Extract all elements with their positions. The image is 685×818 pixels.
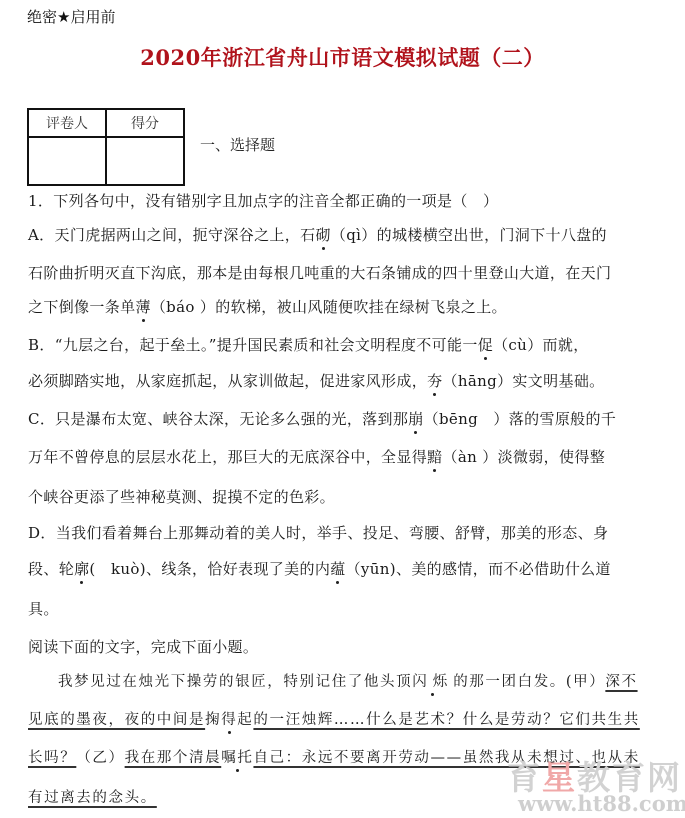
text: （yūn)、美的感情，而不必借助什么道 [346, 560, 611, 578]
confidential-label: 绝密★启用前 [27, 6, 115, 27]
score-header: 得分 [106, 109, 184, 137]
text: 我梦见过在烛光下操劳的银匠，特别记住了他头顶 [58, 674, 412, 690]
option-d-line-3: 具。 [28, 598, 59, 619]
option-a-line-3: 之下倒像一条单薄（báo ）的软梯，被山风随便吹挂在绿树飞泉之上。 [28, 296, 507, 317]
text: （hāng）实文明基础。 [442, 372, 604, 390]
dotted-char: 夯 [427, 372, 442, 390]
text: （cù）而就， [493, 336, 589, 354]
underlined-text: 长吗？ [28, 750, 76, 766]
text: （bēng ）落的雪原般的千 [424, 410, 617, 428]
reading-instruction: 阅读下面的文字，完成下面小题。 [28, 636, 258, 657]
text: 必须脚踏实地，从家庭抓起，从家训做起，促进家风形成， [28, 372, 427, 390]
text: A．天门虎据两山之间，扼守深谷之上，石 [28, 226, 315, 244]
underlined-text: 有过离去的念头。 [28, 790, 157, 806]
option-c-line-3: 个峡谷更添了些神秘莫测、捉摸不定的色彩。 [28, 486, 335, 507]
option-a-line-2: 石阶曲折明灭直下沟底，那本是由每根几吨重的大石条铺成的四十里登山大道，在天门 [28, 262, 611, 283]
option-a-line-1: A．天门虎据两山之间，扼守深谷之上，石砌（qì）的城楼横空出世，门洞下十八盘的 [28, 224, 607, 245]
dotted-text: 闪烁 [412, 674, 453, 690]
text: 万年不曾停息的层层水花上，那巨大的无底深谷中，全显得 [28, 448, 427, 466]
text: B．“九层之台，起于垒土。”提升国民素质和社会文明程度不可能一 [28, 336, 478, 354]
dotted-char: 促 [478, 336, 493, 354]
score-table: 评卷人 得分 [27, 108, 185, 186]
dotted-char: 薄 [135, 298, 150, 316]
watermark-url: www.ht88.com [518, 791, 685, 816]
underlined-text: 见底的墨夜，夜的中间是 [28, 712, 205, 728]
text: 之下倒像一条单 [28, 298, 135, 316]
page-title: 2020年浙江省舟山市语文模拟试题（二） [0, 42, 685, 72]
passage-line-4: 有过离去的念头。 [28, 786, 157, 807]
option-c-line-1: C．只是瀑布太宽、峡谷太深，无论多么强的光，落到那崩（bēng ）落的雪原般的千 [28, 408, 616, 429]
text: 段、轮 [28, 560, 74, 578]
dotted-char: 黯 [427, 448, 442, 466]
option-b-line-1: B．“九层之台，起于垒土。”提升国民素质和社会文明程度不可能一促（cù）而就， [28, 334, 589, 355]
text: ( kuò)、线条，恰好表现了美的内 [89, 560, 330, 578]
grader-header: 评卷人 [28, 109, 106, 137]
score-cell [106, 137, 184, 185]
text: （àn ）淡微弱，使得整 [442, 448, 605, 466]
option-d-line-2: 段、轮廓( kuò)、线条，恰好表现了美的内蕴（yūn)、美的感情，而不必借助什… [28, 558, 611, 579]
dotted-char: 廓 [74, 560, 89, 578]
text: 的那一团白发。(甲） [453, 674, 605, 690]
dotted-char: 崩 [408, 410, 423, 428]
section-heading: 一、选择题 [200, 134, 275, 155]
text: （qì）的城楼横空出世，门洞下十八盘的 [331, 226, 607, 244]
underlined-text: 我在那个清晨 [125, 750, 222, 766]
underlined-text: 深不 [605, 674, 637, 690]
option-b-line-2: 必须脚踏实地，从家庭抓起，从家训做起，促进家风形成，夯（hāng）实文明基础。 [28, 370, 605, 391]
grader-cell [28, 137, 106, 185]
dotted-char: 砌 [315, 226, 330, 244]
text: （báo ）的软梯，被山风随便吹挂在绿树飞泉之上。 [151, 298, 507, 316]
passage-line-2: 见底的墨夜，夜的中间是掬得起的一汪烛辉……什么是艺术？什么是劳动？它们共生共 [28, 708, 640, 729]
question-stem: 1．下列各句中，没有错别字且加点字的注音全都正确的一项是（ ） [28, 190, 498, 211]
option-d-line-1: D．当我们看着舞台上那舞动着的美人时，举手、投足、弯腰、舒臂，那美的形态、身 [28, 522, 608, 543]
option-c-line-2: 万年不曾停息的层层水花上，那巨大的无底深谷中，全显得黯（àn ）淡微弱，使得整 [28, 446, 605, 467]
dotted-text: 嘱托 [221, 750, 253, 766]
text: C．只是瀑布太宽、峡谷太深，无论多么强的光，落到那 [28, 410, 408, 428]
text: （乙） [76, 750, 124, 766]
underlined-text: 的一汪烛辉……什么是艺术？什么是劳动？它们共生共 [253, 712, 639, 728]
passage-line-1: 我梦见过在烛光下操劳的银匠，特别记住了他头顶闪烁的那一团白发。(甲）深不 [58, 670, 638, 691]
dotted-text: 掬得起 [205, 712, 253, 728]
dotted-char: 蕴 [330, 560, 345, 578]
